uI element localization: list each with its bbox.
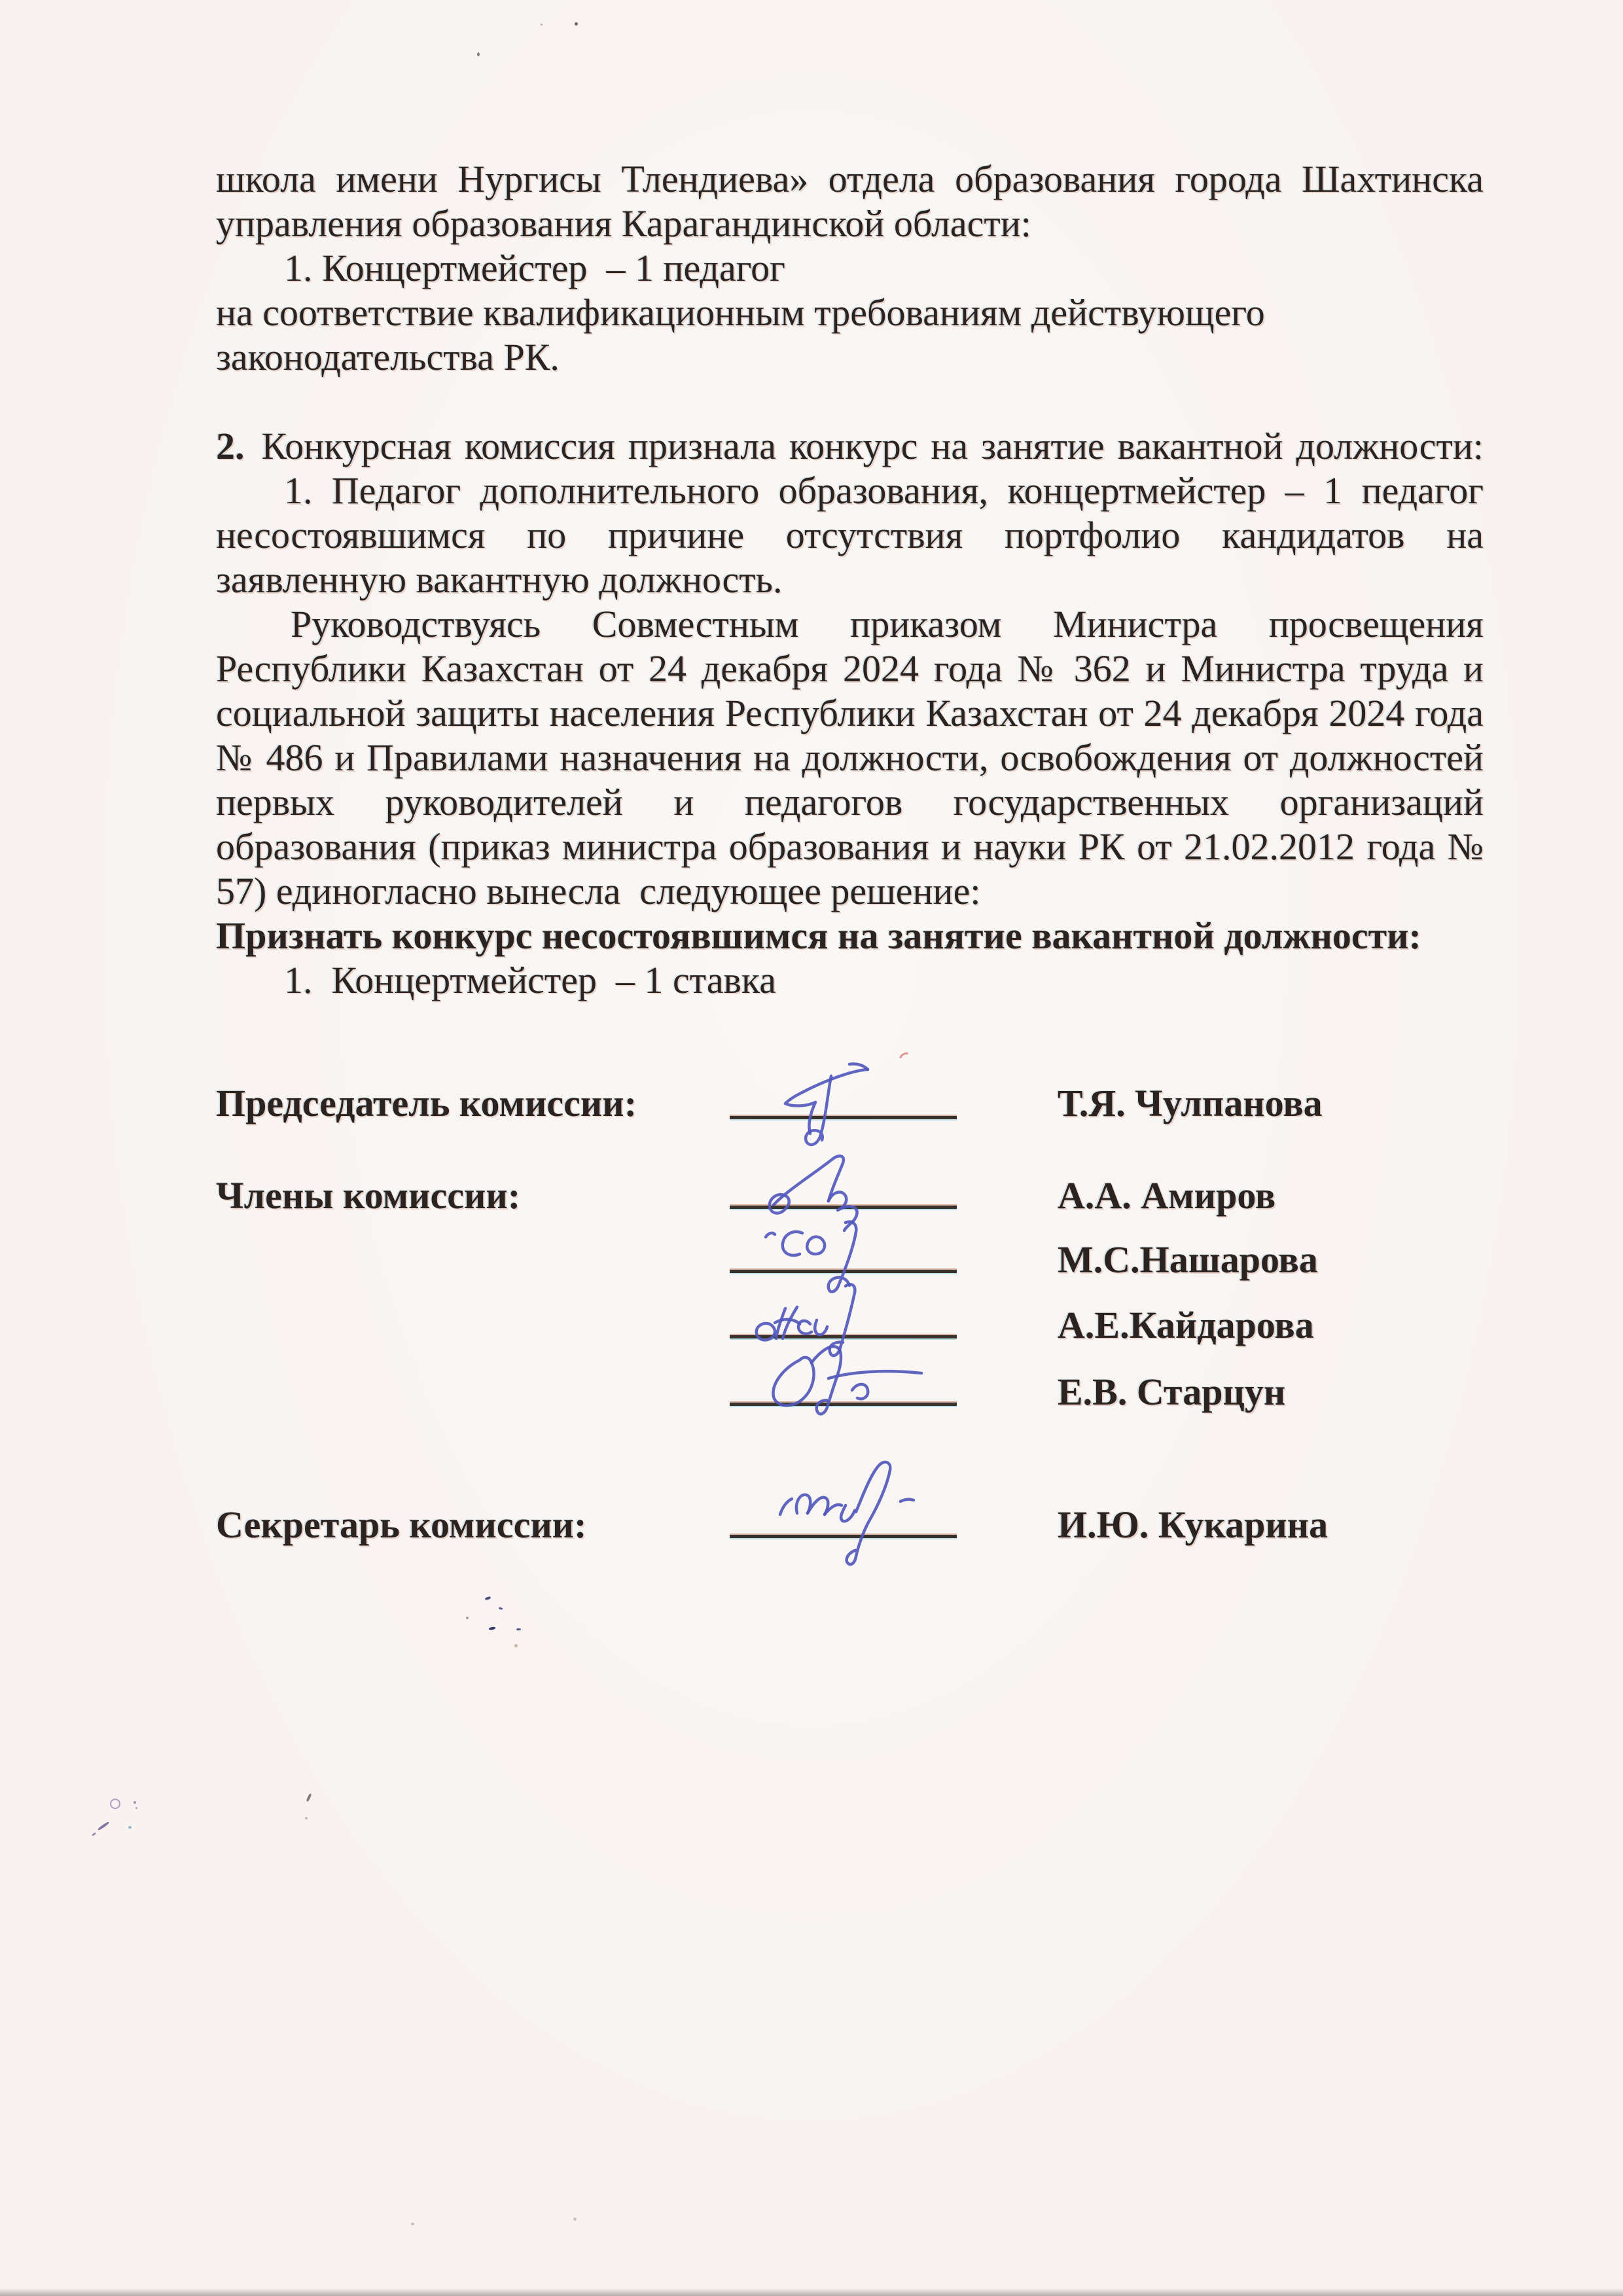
- scan-speck: [135, 1807, 137, 1809]
- body-line: законодательства РК.: [216, 335, 1484, 380]
- scan-edge-shadow: [0, 2288, 1623, 2296]
- body-line: несостоявшимся по причине отсутствия пор…: [216, 513, 1484, 558]
- scan-speck: [499, 1607, 503, 1609]
- scan-speck: [411, 2223, 414, 2225]
- signature-name-member-1: А.А. Амиров: [1058, 1174, 1275, 1217]
- scan-speck: [98, 1821, 110, 1831]
- scan-speck: [573, 2217, 577, 2221]
- signature-label-secretary: Секретарь комиссии:: [216, 1503, 587, 1547]
- scan-speck: [128, 1826, 132, 1829]
- body-line: первых руководителей и педагогов государ…: [216, 780, 1484, 825]
- signature-label-members: Члены комиссии:: [216, 1174, 520, 1217]
- scan-speck: [514, 1644, 518, 1647]
- signature-label-chairman: Председатель комиссии:: [216, 1081, 637, 1125]
- scan-speck: [92, 1832, 96, 1836]
- scan-speck: [516, 1628, 521, 1630]
- document-body: школа имени Нургисы Тлендиева» отдела об…: [216, 157, 1484, 1003]
- body-line: 1. Педагог дополнительного образования, …: [216, 469, 1484, 513]
- signature-ink-chairman: [753, 1041, 883, 1158]
- body-line: заявленную вакантную должность.: [216, 558, 1484, 602]
- body-line: № 486 и Правилами назначения на должност…: [216, 736, 1484, 780]
- body-line: Республики Казахстан от 24 декабря 2024 …: [216, 647, 1484, 691]
- signature-name-member-3: А.Е.Кайдарова: [1058, 1303, 1314, 1347]
- section-heading-text: Конкурсная комиссия признала конкурс на …: [262, 425, 1484, 467]
- body-line: социальной защиты населения Республики К…: [216, 691, 1484, 736]
- scan-speck: [897, 1050, 916, 1069]
- scanned-document-page: школа имени Нургисы Тлендиева» отдела об…: [0, 0, 1623, 2296]
- signature-ink-member-4: [753, 1335, 936, 1420]
- signature-name-secretary: И.Ю. Кукарина: [1058, 1503, 1328, 1547]
- signature-name-chairman: Т.Я. Чулпанова: [1058, 1081, 1323, 1125]
- scan-speck: [485, 1596, 491, 1601]
- body-line: управления образования Карагандинской об…: [216, 202, 1484, 246]
- body-line: 57) единогласно вынесла следующее решени…: [216, 869, 1484, 914]
- resolution-heading: Признать конкурс несостоявшимся на занят…: [216, 914, 1484, 958]
- body-line: образования (приказ министра образования…: [216, 825, 1484, 869]
- body-line: Руководствуясь Совместным приказом Минис…: [216, 602, 1484, 647]
- scan-speck: [305, 1817, 308, 1820]
- signature-name-member-2: М.С.Нашарова: [1058, 1238, 1318, 1282]
- scan-speck: [489, 1626, 496, 1630]
- body-line: на соответствие квалификационным требова…: [216, 291, 1484, 335]
- body-line: 1. Концертмейстер – 1 педагог: [216, 246, 1484, 291]
- scan-speck: [477, 52, 480, 56]
- scan-speck: [110, 1799, 120, 1809]
- section-number: 2.: [216, 425, 245, 467]
- signature-ink-secretary: [759, 1453, 923, 1584]
- scan-speck: [306, 1793, 312, 1802]
- body-line: школа имени Нургисы Тлендиева» отдела об…: [216, 157, 1484, 202]
- scan-speck: [541, 24, 543, 26]
- scan-speck: [575, 22, 578, 26]
- signature-name-member-4: Е.В. Старцун: [1058, 1370, 1285, 1414]
- scan-speck: [134, 1801, 136, 1804]
- section-heading-line: 2.Конкурсная комиссия признала конкурс н…: [216, 424, 1484, 469]
- scan-speck: [466, 1617, 469, 1619]
- resolution-item: 1. Концертмейстер – 1 ставка: [216, 958, 1484, 1003]
